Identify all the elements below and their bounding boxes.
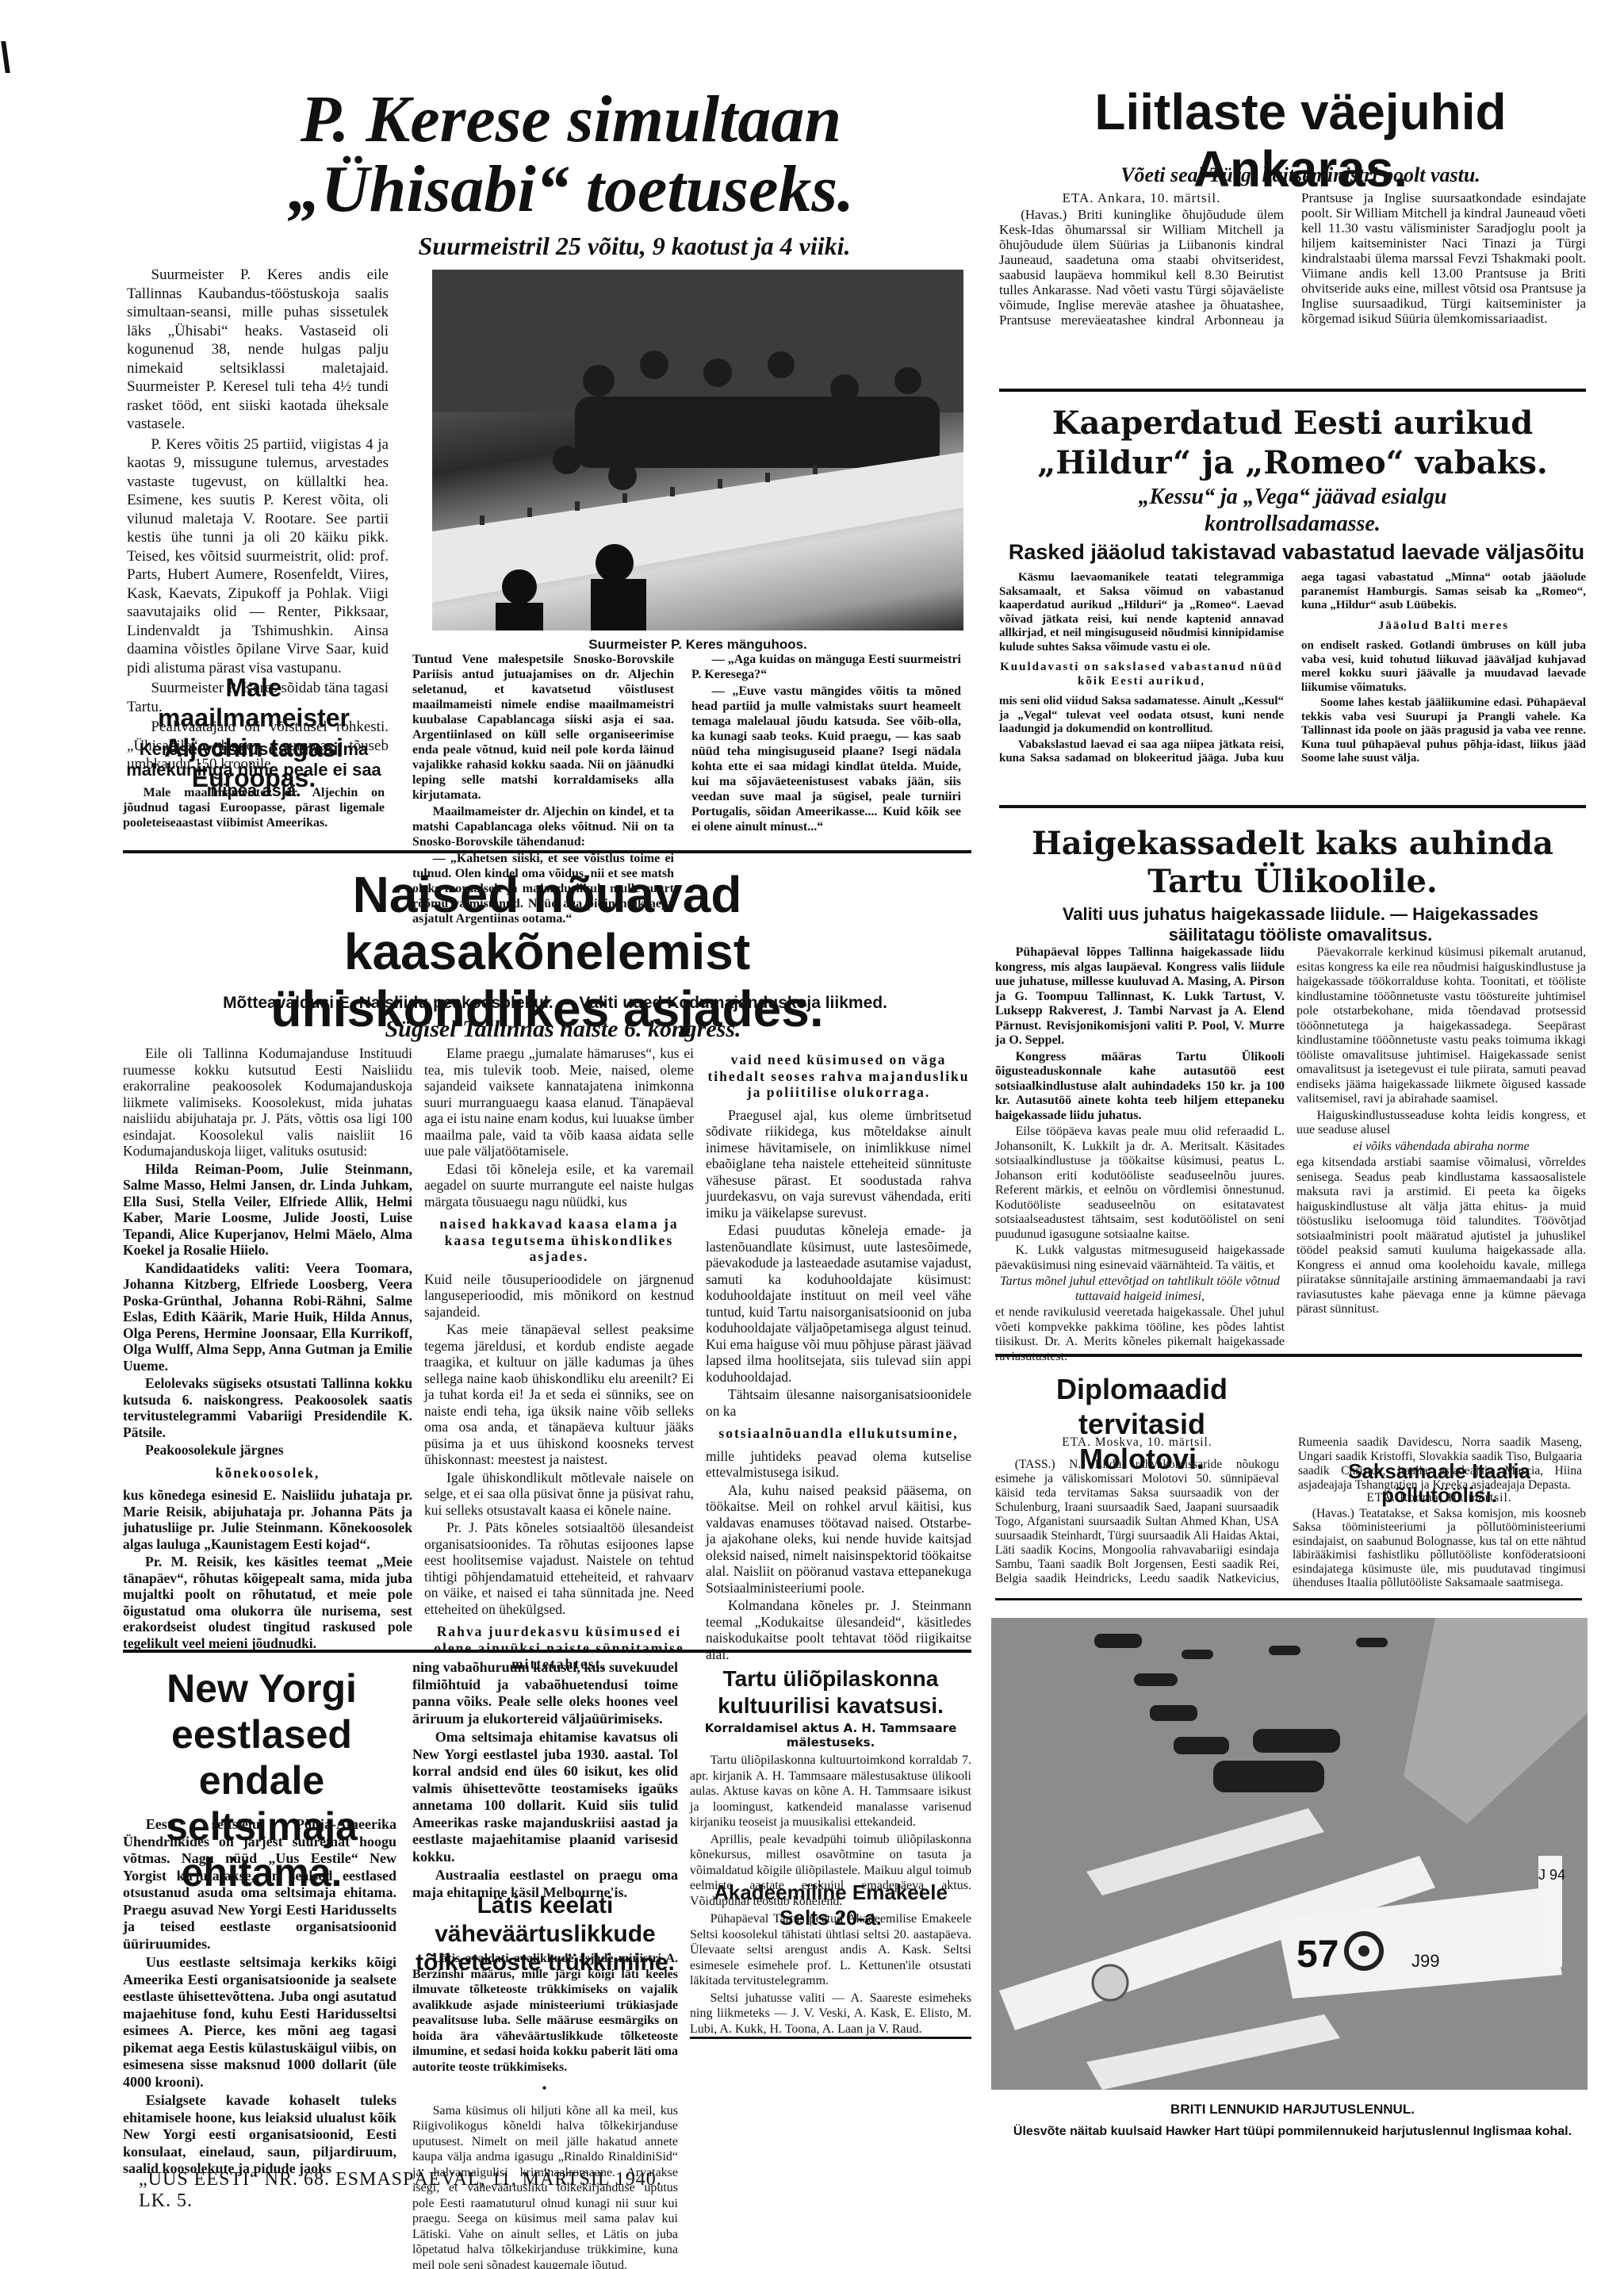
haigekassa-italic: Tartus mõnel juhul ettevõtjad on tahtlik…: [995, 1274, 1285, 1304]
ships-subhead: „Kessu“ ja „Vega“ jäävad esialgu kontrol…: [1055, 484, 1530, 538]
svg-text:J 94: J 94: [1538, 1867, 1565, 1883]
women-paragraph: Edasi puudutas kõneleja emade- ja lasten…: [706, 1222, 971, 1385]
newyork-paragraph: Eesti seltsielu Põhja-Ameerika Ühendriik…: [123, 1816, 396, 1953]
haigekassa-paragraph: Haiguskindlustusseaduse kohta leidis kon…: [1297, 1109, 1586, 1138]
divider-rule: [995, 1598, 1582, 1600]
keres-chess-photo: [432, 270, 963, 630]
keres-photo-caption: Suurmeister P. Keres mänguhoos.: [432, 637, 963, 653]
women-paragraph: Kas meie tänapäeval sellest peaksime teg…: [424, 1321, 694, 1468]
ships-subhead-2: Rasked jääolud takistavad vabastatud lae…: [1007, 539, 1586, 565]
haigekassa-italic: ei võiks vähendada abiraha norme: [1297, 1140, 1586, 1155]
latvia-col: Lätis avaldati avalikkude asjade ministr…: [412, 1951, 678, 2269]
women-highlight: vaid need küsimused on väga tihedalt seo…: [706, 1052, 971, 1101]
aljechin-paragraph: Maailmameister dr. Aljechin on kindel, e…: [412, 804, 674, 849]
chess-hall-illustration: [432, 270, 963, 630]
women-paragraph: mille juhtideks peavad olema kutselise e…: [706, 1448, 971, 1481]
women-highlight: naised hakkavad kaasa elama ja kaasa teg…: [424, 1216, 694, 1265]
women-paragraph: Eelolevaks sügiseks otsustati Tallinna k…: [123, 1375, 412, 1440]
keres-subhead: Suurmeistril 25 võitu, 9 kaotust ja 4 vi…: [349, 230, 920, 262]
divider-rule: [123, 1650, 971, 1653]
haigekassa-col1: Pühapäeval lõppes Tallinna haigekassade …: [995, 945, 1285, 1366]
newyork-paragraph: Esialgsete kavade kohaselt tuleks ehitam…: [123, 2092, 396, 2178]
women-paragraph: Edasi tõi kõneleja esile, et ka varemail…: [424, 1161, 694, 1210]
haigekassa-paragraph: Kongress määras Tartu Ülikooli õigustead…: [995, 1050, 1285, 1124]
women-col1: Eile oli Tallinna Kodumajanduse Instituu…: [123, 1045, 412, 1653]
haigekassa-paragraph: Pühapäeval lõppes Tallinna haigekassade …: [995, 945, 1285, 1048]
ships-highlight: Jääolud Balti meres: [1301, 619, 1586, 634]
tartu-paragraph: Tartu üliõpilaskonna kultuurtoimkond kor…: [690, 1753, 971, 1830]
aljechin-paragraph: — „Euve vastu mängides võitis ta mõned h…: [691, 684, 961, 834]
planes-caption-text: Ülesvõte näitab kuulsaid Hawker Hart tüü…: [999, 2124, 1586, 2140]
women-highlight: sotsiaalnõuandla ellukutsumine,: [706, 1425, 971, 1442]
aljechin-paragraph: Male maailmameister dr. Aljechin on jõud…: [123, 785, 385, 830]
women-subhead: Mõtteavaldusi E. Naisliidu peakoosolekul…: [198, 993, 912, 1014]
latvia-paragraph: Lätis avaldati avalikkude asjade ministr…: [412, 1951, 678, 2075]
women-paragraph: Pr. J. Päts kõneles sotsiaaltöö ülesande…: [424, 1520, 694, 1617]
women-col3: vaid need küsimused on väga tihedalt seo…: [706, 1045, 971, 1664]
haigekassa-headline: Haigekassadelt kaks auhinda Tartu Ülikoo…: [999, 825, 1586, 901]
keres-headline-2: „Ühisabi“ toetuseks.: [178, 153, 963, 226]
women-paragraph: Praegusel ajal, kus oleme ümbritsetud sõ…: [706, 1107, 971, 1221]
emakeele-paragraph: Pühapäeval Tartus peetud Akadeemilise Em…: [690, 1911, 971, 1989]
divider-rule: [690, 2037, 971, 2039]
women-paragraph: Igale ühiskondlikult mõtlevale naisele o…: [424, 1470, 694, 1519]
women-paragraph: Kuid neile tõusuperioodidele on järgnenu…: [424, 1271, 694, 1320]
women-col2: Elame praegu „jumalate hämaruses“, kus e…: [424, 1045, 694, 1679]
italy-paragraph: (Havas.) Teatatakse, et Saksa komisjon, …: [1293, 1507, 1586, 1590]
keres-paragraph: P. Keres võitis 25 partiid, viigistas 4 …: [127, 435, 389, 678]
ships-paragraph: Käsmu laevaomanikele teatati telegrammig…: [999, 571, 1284, 654]
ships-paragraph: on endiselt rasked. Gotlandi ümbruses on…: [1301, 639, 1586, 695]
women-paragraph: Hilda Reiman-Poom, Julie Steinmann, Salm…: [123, 1161, 412, 1259]
women-paragraph: Elame praegu „jumalate hämaruses“, kus e…: [424, 1045, 694, 1159]
page-footer: „UUS EESTI“ NR. 68. ESMASPÄEVAL, 11. MÄR…: [139, 2169, 694, 2212]
divider-rule: [999, 805, 1586, 808]
women-paragraph: Eile oli Tallinna Kodumajanduse Instituu…: [123, 1045, 412, 1159]
women-subhead-2: Sügisel Tallinnas naiste 6. kongress.: [317, 1015, 809, 1044]
haigekassa-paragraph: K. Lukk valgustas mitmesuguseid haigekas…: [995, 1244, 1285, 1273]
haigekassa-paragraph: Eilse tööpäeva kavas peale muu olid refe…: [995, 1125, 1285, 1242]
women-paragraph: kus kõnedega esinesid E. Naisliidu juhat…: [123, 1487, 412, 1552]
women-paragraph: Tähtsaim ülesanne naisorganisatsioonidel…: [706, 1386, 971, 1419]
molotov-dateline: ETA. Moskva, 10. märtsil.: [995, 1435, 1279, 1450]
divider-rule: [999, 389, 1586, 392]
haigekassa-paragraph: ega kitsendada arstiabi saamise võimalus…: [1297, 1156, 1586, 1317]
newyork-col2: ning vabaõhuruum katusel, kus suvekuudel…: [412, 1659, 678, 1903]
haigekassa-subhead: Valiti uus juhatus haigekassade liidule.…: [1023, 904, 1578, 945]
tartu-subhead: Korraldamisel aktus A. H. Tammsaare mäle…: [690, 1721, 971, 1750]
women-paragraph: Peakoosolekule järgnes: [123, 1442, 412, 1458]
women-paragraph: Kandidaatideks valiti: Veera Toomara, Jo…: [123, 1260, 412, 1374]
ships-headline-2: „Hildur“ ja „Romeo“ vabaks.: [995, 444, 1590, 482]
italy-body: ETA. Rooma, 10. märtsil. (Havas.) Teatat…: [1293, 1491, 1586, 1592]
emakeele-col: Pühapäeval Tartus peetud Akadeemilise Em…: [690, 1911, 971, 2038]
italy-dateline: ETA. Rooma, 10. märtsil.: [1293, 1491, 1586, 1505]
aljechin-body-col3: — „Aga kuidas on mänguga Eesti suurmeist…: [691, 652, 961, 836]
women-highlight: kõnekoosolek,: [123, 1465, 412, 1481]
ships-headline-1: Kaaperdatud Eesti aurikud: [995, 404, 1590, 443]
divider-rule: [123, 850, 971, 853]
keres-headline-1: P. Kerese simultaan: [178, 83, 963, 156]
newyork-paragraph: Oma seltsimaja ehitamise kavatsus oli Ne…: [412, 1729, 678, 1865]
women-paragraph: Ala, kuhu naised peaksid pääsema, on töö…: [706, 1482, 971, 1596]
ankara-paragraph: (Havas.) Briti kuninglike õhujõudude üle…: [999, 190, 1586, 328]
planes-caption-title: BRITI LENNUKID HARJUTUSLENNUL.: [999, 2102, 1586, 2118]
aljechin-paragraph: — „Aga kuidas on mänguga Eesti suurmeist…: [691, 652, 961, 682]
ships-paragraph: Soome lahes kestab jääliikumine edasi. P…: [1301, 696, 1586, 766]
planes-photo: 57 J99 J 94: [991, 1618, 1588, 2090]
divider-rule: [995, 1354, 1582, 1357]
haigekassa-col2: Päevakorrale kerkinud küsimusi pikemalt …: [1297, 945, 1586, 1319]
ships-paragraph: mis seni olid viidud Saksa sadamatesse. …: [999, 695, 1284, 737]
ships-highlight: Kuuldavasti on sakslased vabastanud nüüd…: [999, 661, 1284, 688]
ankara-subhead: Võeti seal Türgi kaitseministri poolt va…: [1023, 163, 1578, 188]
tartu-headline: Tartu üliõpilaskonna kultuurilisi kavats…: [690, 1665, 971, 1719]
biplanes-illustration: 57 J99 J 94: [991, 1618, 1588, 2090]
keres-paragraph: Suurmeister P. Keres andis eile Tallinna…: [127, 266, 389, 434]
ships-body: Käsmu laevaomanikele teatati telegrammig…: [999, 571, 1586, 767]
svg-text:J99: J99: [1411, 1951, 1439, 1971]
ankara-body: ETA. Ankara, 10. märtsil. (Havas.) Briti…: [999, 190, 1586, 328]
haigekassa-paragraph: Päevakorrale kerkinud küsimusi pikemalt …: [1297, 945, 1586, 1107]
newyork-paragraph: Uus eestlaste seltsimaja kerkiks kõigi A…: [123, 1954, 396, 2091]
newyork-col1: Eesti seltsielu Põhja-Ameerika Ühendriik…: [123, 1816, 396, 2179]
margin-mark: [1, 41, 10, 73]
plane-number-57: 57: [1297, 1934, 1339, 1976]
aljechin-paragraph: Tuntud Vene malespetsile Snosko-Borovski…: [412, 652, 674, 803]
newyork-paragraph: ning vabaõhuruum katusel, kus suvekuudel…: [412, 1659, 678, 1727]
aljechin-body-col1: Male maailmameister dr. Aljechin on jõud…: [123, 785, 385, 832]
latvia-separator: •: [412, 2081, 678, 2097]
ankara-dateline: ETA. Ankara, 10. märtsil.: [999, 190, 1284, 205]
emakeele-paragraph: Seltsi juhatusse valiti — A. Saareste es…: [690, 1991, 971, 2037]
women-paragraph: Pr. M. Reisik, kes käsitles teemat „Meie…: [123, 1554, 412, 1651]
